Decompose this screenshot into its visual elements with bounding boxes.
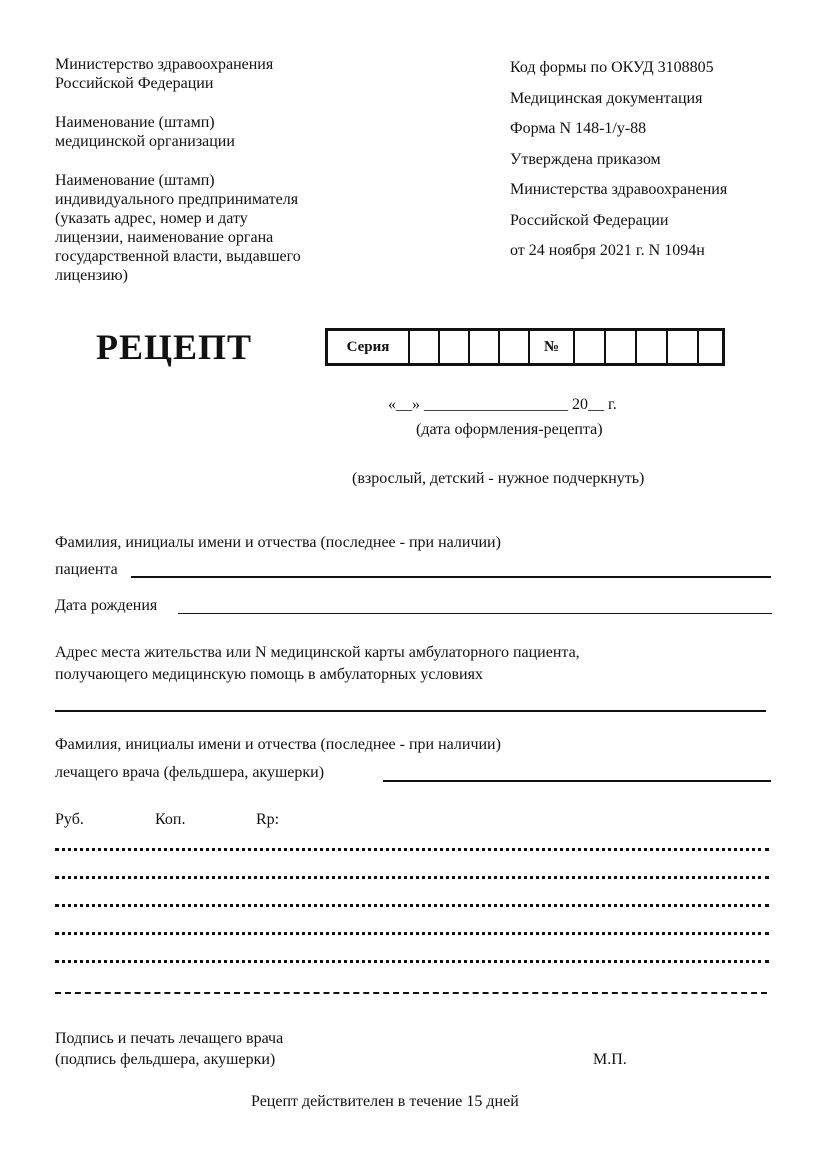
org-stamp-line-2: медицинской организации [55, 132, 235, 151]
series-cell[interactable] [500, 331, 530, 363]
address-input[interactable] [55, 693, 766, 712]
address-label-line-2: получающего медицинскую помощь в амбулат… [55, 665, 483, 685]
number-cell[interactable] [699, 331, 722, 363]
patient-label-line-1: Фамилия, инициалы имени и отчества (посл… [55, 533, 501, 553]
number-cell[interactable] [668, 331, 699, 363]
prescription-line[interactable] [55, 876, 769, 879]
approval-line-1: Утверждена приказом [510, 145, 727, 176]
address-label-line-1: Адрес места жительства или N медицинской… [55, 643, 580, 663]
issue-date-field[interactable]: «__» __________________ 20__ г. [388, 395, 617, 415]
number-label: № [530, 331, 575, 363]
prescription-line[interactable] [55, 904, 769, 907]
stamp-place-label: М.П. [593, 1050, 627, 1070]
prescription-separator [55, 992, 767, 994]
approval-line-3: Российской Федерации [510, 206, 727, 237]
prescription-line[interactable] [55, 848, 769, 851]
doctor-label-line-2: лечащего врача (фельдшера, акушерки) [55, 763, 324, 783]
okud-code: Код формы по ОКУД 3108805 [510, 53, 727, 84]
form-type: Медицинская документация [510, 84, 727, 115]
ip-stamp-line-1: Наименование (штамп) [55, 171, 301, 190]
ip-stamp-line-3: (указать адрес, номер и дату [55, 209, 301, 228]
birth-date-label: Дата рождения [55, 596, 157, 616]
ip-stamp-line-5: государственной власти, выдавшего [55, 247, 301, 266]
series-cell[interactable] [440, 331, 470, 363]
ip-stamp-line-6: лицензию) [55, 266, 301, 285]
ministry-line-2: Российской Федерации [55, 74, 273, 93]
number-cell[interactable] [637, 331, 668, 363]
doctor-label-line-1: Фамилия, инициалы имени и отчества (посл… [55, 735, 501, 755]
patient-label-line-2: пациента [55, 560, 118, 580]
signature-label-line-1: Подпись и печать лечащего врача [55, 1029, 283, 1049]
ip-stamp-line-2: индивидуального предпринимателя [55, 190, 301, 209]
patient-name-input[interactable] [131, 558, 771, 578]
ip-stamp-label: Наименование (штамп) индивидуального пре… [55, 171, 301, 285]
org-stamp-label: Наименование (штамп) медицинской организ… [55, 113, 235, 151]
form-number: Форма N 148-1/у-88 [510, 114, 727, 145]
doctor-name-input[interactable] [383, 763, 771, 782]
approval-order: от 24 ноября 2021 г. N 1094н [510, 236, 727, 267]
ministry-header: Министерство здравоохранения Российской … [55, 55, 273, 93]
prescription-line[interactable] [55, 932, 769, 935]
ministry-line-1: Министерство здравоохранения [55, 55, 273, 74]
number-cell[interactable] [606, 331, 637, 363]
rub-label: Руб. [55, 810, 84, 830]
series-label: Серия [328, 331, 410, 363]
prescription-line[interactable] [55, 960, 769, 963]
validity-note: Рецепт действителен в течение 15 дней [251, 1092, 519, 1112]
series-cell[interactable] [470, 331, 500, 363]
rp-label: Rp: [256, 810, 279, 830]
series-number-box: Серия № [325, 328, 725, 366]
kop-label: Коп. [155, 810, 185, 830]
series-cell[interactable] [410, 331, 440, 363]
signature-label-line-2: (подпись фельдшера, акушерки) [55, 1050, 275, 1070]
form-info: Код формы по ОКУД 3108805 Медицинская до… [510, 53, 727, 267]
approval-line-2: Министерства здравоохранения [510, 175, 727, 206]
ip-stamp-line-4: лицензии, наименование органа [55, 228, 301, 247]
number-cell[interactable] [575, 331, 606, 363]
page-title: РЕЦЕПТ [96, 326, 252, 368]
org-stamp-line-1: Наименование (штамп) [55, 113, 235, 132]
age-choice[interactable]: (взрослый, детский - нужное подчеркнуть) [352, 469, 644, 489]
birth-date-input[interactable] [178, 596, 772, 614]
issue-date-caption: (дата оформления-рецепта) [416, 420, 603, 440]
